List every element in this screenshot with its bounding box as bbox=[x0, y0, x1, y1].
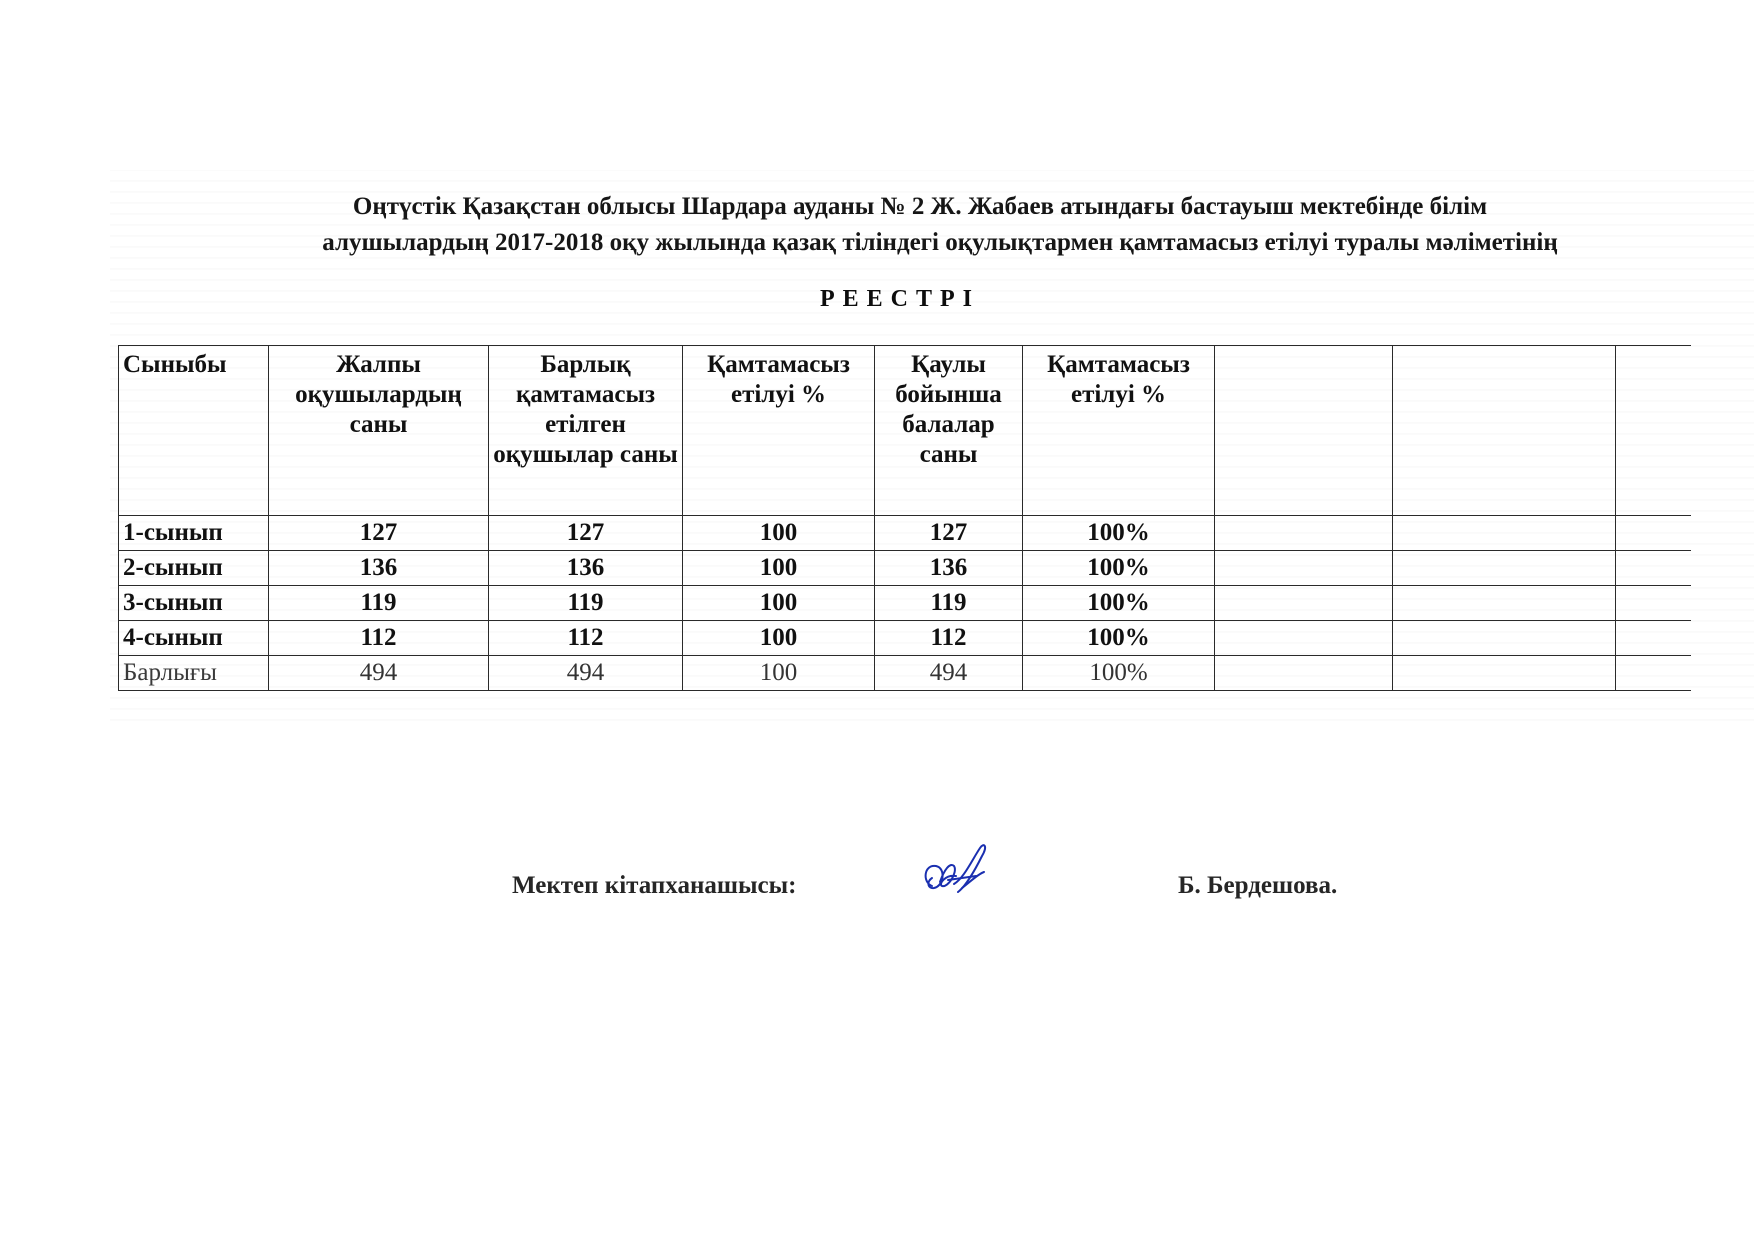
table-row: 1-сынып 127 127 100 127 100% bbox=[119, 516, 1691, 551]
cell-class: 4-сынып bbox=[119, 621, 269, 656]
cell-provided-students: 136 bbox=[489, 551, 683, 586]
header-decree-pct: Қамтамасыз етілуі % bbox=[1023, 346, 1215, 516]
cell-by-decree: 127 bbox=[875, 516, 1023, 551]
cell-decree-pct: 100% bbox=[1023, 621, 1215, 656]
cell-empty bbox=[1393, 656, 1616, 691]
cell-provided-students: 127 bbox=[489, 516, 683, 551]
cell-by-decree: 136 bbox=[875, 551, 1023, 586]
cell-total-students: 494 bbox=[269, 656, 489, 691]
cell-by-decree: 112 bbox=[875, 621, 1023, 656]
cell-total-students: 119 bbox=[269, 586, 489, 621]
table-row: 4-сынып 112 112 100 112 100% bbox=[119, 621, 1691, 656]
cell-empty bbox=[1215, 586, 1393, 621]
cell-empty bbox=[1215, 516, 1393, 551]
cell-decree-pct: 100% bbox=[1023, 586, 1215, 621]
cell-provided-students: 119 bbox=[489, 586, 683, 621]
cell-decree-pct: 100% bbox=[1023, 516, 1215, 551]
cell-provided-students: 112 bbox=[489, 621, 683, 656]
cell-empty bbox=[1393, 516, 1616, 551]
cell-provided-pct: 100 bbox=[683, 551, 875, 586]
cell-empty bbox=[1215, 551, 1393, 586]
document-heading: РЕЕСТРІ bbox=[700, 286, 1100, 313]
cell-class: 3-сынып bbox=[119, 586, 269, 621]
cell-provided-pct: 100 bbox=[683, 516, 875, 551]
document-title-line-2: алушылардың 2017-2018 оқу жылында қазақ … bbox=[170, 226, 1710, 260]
cell-empty bbox=[1616, 586, 1691, 621]
table-header-row: Сыныбы Жалпы оқушылардың саны Барлық қам… bbox=[119, 346, 1691, 516]
cell-total-students: 127 bbox=[269, 516, 489, 551]
table-row: 3-сынып 119 119 100 119 100% bbox=[119, 586, 1691, 621]
cell-empty bbox=[1393, 586, 1616, 621]
header-empty-2 bbox=[1393, 346, 1616, 516]
cell-empty bbox=[1393, 621, 1616, 656]
table-row: 2-сынып 136 136 100 136 100% bbox=[119, 551, 1691, 586]
cell-class: 2-сынып bbox=[119, 551, 269, 586]
cell-by-decree: 119 bbox=[875, 586, 1023, 621]
cell-class: Барлығы bbox=[119, 656, 269, 691]
header-empty-1 bbox=[1215, 346, 1393, 516]
cell-class: 1-сынып bbox=[119, 516, 269, 551]
header-provided-pct: Қамтамасыз етілуі % bbox=[683, 346, 875, 516]
cell-empty bbox=[1215, 621, 1393, 656]
header-total-students: Жалпы оқушылардың саны bbox=[269, 346, 489, 516]
cell-decree-pct: 100% bbox=[1023, 656, 1215, 691]
header-provided-students: Барлық қамтамасыз етілген оқушылар саны bbox=[489, 346, 683, 516]
cell-empty bbox=[1616, 551, 1691, 586]
signer-name: Б. Бердешова. bbox=[1178, 872, 1337, 900]
cell-by-decree: 494 bbox=[875, 656, 1023, 691]
cell-provided-students: 494 bbox=[489, 656, 683, 691]
header-empty-3 bbox=[1616, 346, 1691, 516]
cell-empty bbox=[1616, 516, 1691, 551]
signature-icon bbox=[918, 842, 1008, 902]
document-title-line-1: Оңтүстік Қазақстан облысы Шардара ауданы… bbox=[180, 190, 1660, 224]
cell-empty bbox=[1616, 621, 1691, 656]
cell-total-students: 112 bbox=[269, 621, 489, 656]
cell-provided-pct: 100 bbox=[683, 656, 875, 691]
cell-provided-pct: 100 bbox=[683, 586, 875, 621]
cell-decree-pct: 100% bbox=[1023, 551, 1215, 586]
cell-empty bbox=[1393, 551, 1616, 586]
registry-table: Сыныбы Жалпы оқушылардың саны Барлық қам… bbox=[118, 345, 1691, 691]
header-class: Сыныбы bbox=[119, 346, 269, 516]
cell-empty bbox=[1616, 656, 1691, 691]
header-by-decree: Қаулы бойынша балалар саны bbox=[875, 346, 1023, 516]
cell-total-students: 136 bbox=[269, 551, 489, 586]
cell-empty bbox=[1215, 656, 1393, 691]
signer-role: Мектеп кітапханашысы: bbox=[512, 872, 796, 900]
cell-provided-pct: 100 bbox=[683, 621, 875, 656]
table-total-row: Барлығы 494 494 100 494 100% bbox=[119, 656, 1691, 691]
